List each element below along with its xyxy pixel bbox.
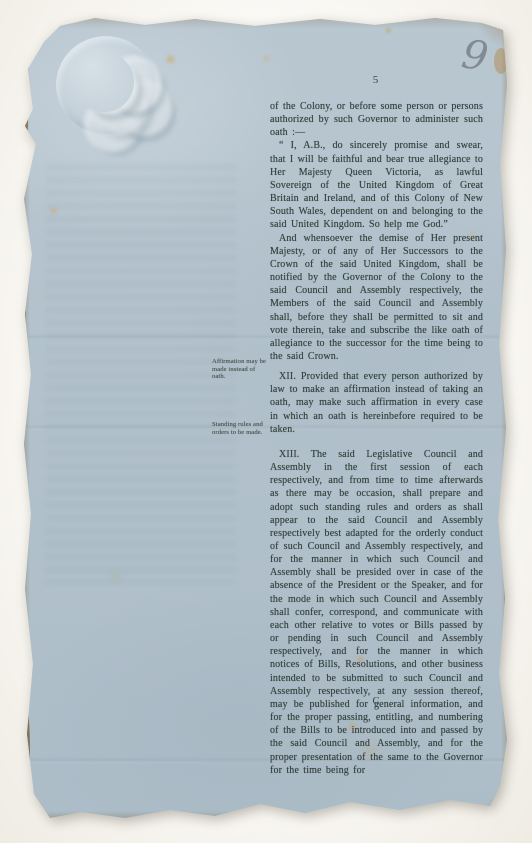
margin-note-affirmation: Affirmation may be made instead of oath. — [212, 358, 268, 381]
embossed-seal — [56, 36, 156, 134]
document-page-wrap: 9 5 Affirmation may be made instead of o… — [20, 14, 510, 822]
margin-note-standing-rules: Standing rules and orders to be made. — [212, 421, 268, 436]
handwritten-folio-number: 9 — [438, 21, 509, 100]
paragraph-clause-12: XII. Provided that every person authoriz… — [270, 370, 483, 436]
edge-tear-mark — [504, 552, 510, 614]
main-text-column: of the Colony, or before some person or … — [270, 100, 483, 777]
paragraph-intro: of the Colony, or before some person or … — [270, 100, 483, 139]
paragraph-clause-13: XIII. The said Legislative Council and A… — [270, 448, 483, 777]
edge-tear-mark — [505, 392, 510, 430]
verso-show-through — [46, 164, 236, 584]
edge-tear-mark — [20, 290, 26, 372]
paragraph-demise-clause: And whensoever the demise of Her present… — [270, 232, 483, 364]
edge-tear-mark — [20, 702, 30, 814]
scan-background: 9 5 Affirmation may be made instead of o… — [0, 0, 532, 843]
foxing-stains — [20, 14, 21, 15]
paragraph-oath-quote: “ I, A.B., do sincerely promise and swea… — [270, 139, 483, 231]
edge-tear-mark — [20, 92, 28, 144]
page-number: 5 — [270, 74, 482, 86]
document-page: 9 5 Affirmation may be made instead of o… — [20, 14, 510, 822]
catchword: C — [270, 696, 483, 707]
